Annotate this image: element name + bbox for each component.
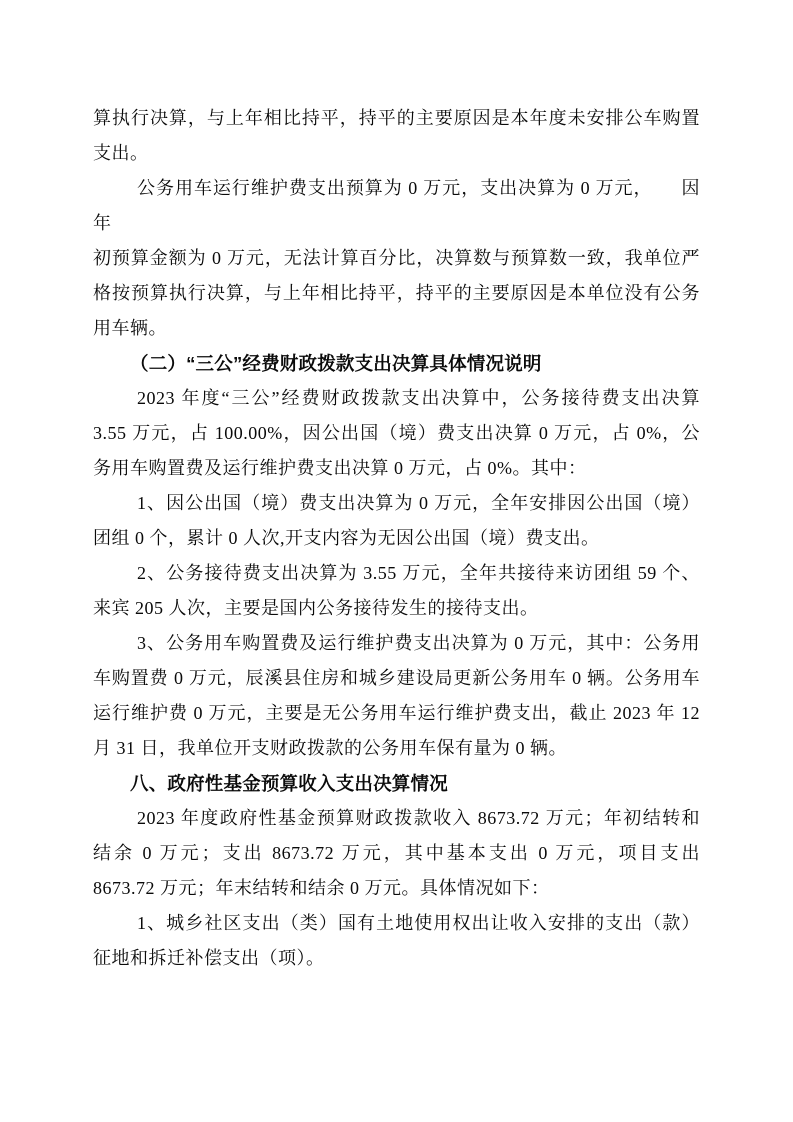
document-page: 算执行决算，与上年相比持平，持平的主要原因是本年度未安排公车购置支出。公务用车运… xyxy=(0,0,793,1122)
text-line: 征地和拆迁补偿支出（项）。 xyxy=(93,941,700,976)
text-line: 车购置费 0 万元，辰溪县住房和城乡建设局更新公务用车 0 辆。公务用车 xyxy=(93,661,700,696)
paragraph: 2、公务接待费支出决算为 3.55 万元，全年共接待来访团组 59 个、来宾 2… xyxy=(93,556,700,626)
text-line: 初预算金额为 0 万元，无法计算百分比，决算数与预算数一致，我单位严 xyxy=(93,241,700,276)
text-line: 3.55 万元，占 100.00%，因公出国（境）费支出决算 0 万元，占 0%… xyxy=(93,416,700,451)
paragraph: 公务用车运行维护费支出预算为 0 万元，支出决算为 0 万元， 因年初预算金额为… xyxy=(93,171,700,346)
text-line: 公务用车运行维护费支出预算为 0 万元，支出决算为 0 万元， 因年 xyxy=(93,171,700,241)
text-line: 月 31 日，我单位开支财政拨款的公务用车保有量为 0 辆。 xyxy=(93,731,700,766)
text-line: （二）“三公”经费财政拨款支出决算具体情况说明 xyxy=(93,346,700,381)
paragraph: 2023 年度政府性基金预算财政拨款收入 8673.72 万元；年初结转和结余 … xyxy=(93,801,700,906)
text-line: 支出。 xyxy=(93,136,700,171)
paragraph: 算执行决算，与上年相比持平，持平的主要原因是本年度未安排公车购置支出。 xyxy=(93,101,700,171)
text-line: 团组 0 个，累计 0 人次,开支内容为无因公出国（境）费支出。 xyxy=(93,521,700,556)
paragraph: 1、城乡社区支出（类）国有土地使用权出让收入安排的支出（款）征地和拆迁补偿支出（… xyxy=(93,906,700,976)
text-line: 务用车购置费及运行维护费支出决算 0 万元，占 0%。其中： xyxy=(93,451,700,486)
text-line: 2023 年度“三公”经费财政拨款支出决算中，公务接待费支出决算 xyxy=(93,381,700,416)
text-line: 8673.72 万元；年末结转和结余 0 万元。具体情况如下： xyxy=(93,871,700,906)
text-line: 3、公务用车购置费及运行维护费支出决算为 0 万元，其中：公务用 xyxy=(93,626,700,661)
text-line: 1、因公出国（境）费支出决算为 0 万元，全年安排因公出国（境） xyxy=(93,486,700,521)
text-line: 结余 0 万元；支出 8673.72 万元，其中基本支出 0 万元，项目支出 xyxy=(93,836,700,871)
paragraph: 2023 年度“三公”经费财政拨款支出决算中，公务接待费支出决算3.55 万元，… xyxy=(93,381,700,486)
section-heading: （二）“三公”经费财政拨款支出决算具体情况说明 xyxy=(93,346,700,381)
text-line: 八、政府性基金预算收入支出决算情况 xyxy=(93,766,700,801)
text-line: 来宾 205 人次，主要是国内公务接待发生的接待支出。 xyxy=(93,591,700,626)
text-line: 2023 年度政府性基金预算财政拨款收入 8673.72 万元；年初结转和 xyxy=(93,801,700,836)
text-line: 算执行决算，与上年相比持平，持平的主要原因是本年度未安排公车购置 xyxy=(93,101,700,136)
text-line: 2、公务接待费支出决算为 3.55 万元，全年共接待来访团组 59 个、 xyxy=(93,556,700,591)
text-line: 运行维护费 0 万元，主要是无公务用车运行维护费支出，截止 2023 年 12 xyxy=(93,696,700,731)
paragraph: 3、公务用车购置费及运行维护费支出决算为 0 万元，其中：公务用车购置费 0 万… xyxy=(93,626,700,766)
paragraph: 1、因公出国（境）费支出决算为 0 万元，全年安排因公出国（境）团组 0 个，累… xyxy=(93,486,700,556)
section-heading: 八、政府性基金预算收入支出决算情况 xyxy=(93,766,700,801)
text-line: 用车辆。 xyxy=(93,311,700,346)
document-body: 算执行决算，与上年相比持平，持平的主要原因是本年度未安排公车购置支出。公务用车运… xyxy=(93,101,700,976)
text-line: 格按预算执行决算，与上年相比持平，持平的主要原因是本单位没有公务 xyxy=(93,276,700,311)
text-line: 1、城乡社区支出（类）国有土地使用权出让收入安排的支出（款） xyxy=(93,906,700,941)
